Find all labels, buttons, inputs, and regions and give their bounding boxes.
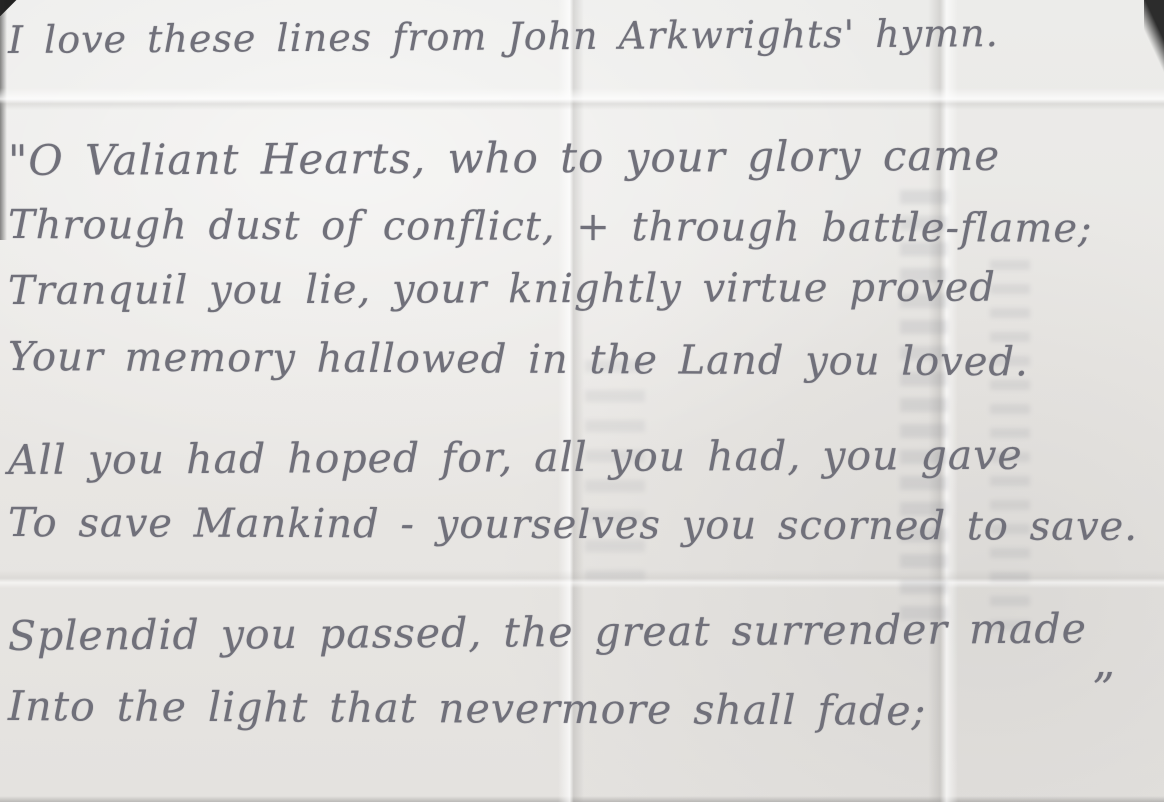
fold-crease-vertical-left xyxy=(558,0,584,802)
handwritten-note-scan: I love these lines from John Arkwrights'… xyxy=(0,0,1164,802)
stanza2-line2: To save Mankind - yourselves you scorned… xyxy=(8,500,1164,550)
paper-edge-left xyxy=(0,0,7,240)
stanza1-line1: "O Valiant Hearts, who to your glory cam… xyxy=(8,130,1164,185)
closing-quote-mark: ” xyxy=(1092,664,1115,715)
fold-crease-horizontal-middle xyxy=(0,570,1164,588)
stanza3-line1: Splendid you passed, the great surrender… xyxy=(8,604,1164,660)
fold-crease-vertical-right xyxy=(928,0,958,802)
stanza2-line1: All you had hoped for, all you had, you … xyxy=(8,430,1164,484)
fold-crease-horizontal-top xyxy=(0,88,1164,110)
stanza1-line3: Tranquil you lie, your knightly virtue p… xyxy=(8,264,1164,314)
stanza1-line2: Through dust of conflict, + through batt… xyxy=(8,202,1164,252)
stanza3-line2: Into the light that nevermore shall fade… xyxy=(8,682,1164,736)
stanza1-line4: Your memory hallowed in the Land you lov… xyxy=(8,334,1164,386)
intro-line: I love these lines from John Arkwrights'… xyxy=(8,10,1164,62)
